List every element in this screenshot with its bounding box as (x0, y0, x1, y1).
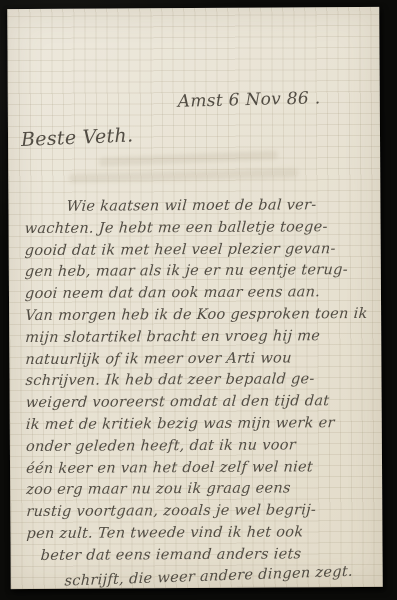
letter-line: rustig voortgaan, zooals je wel begrij- (26, 500, 371, 524)
letter-paper: Amst 6 Nov 86 . Beste Veth. Wie kaatsen … (7, 7, 383, 589)
scan-background: Amst 6 Nov 86 . Beste Veth. Wie kaatsen … (0, 0, 397, 600)
ink-showthrough (98, 150, 278, 166)
letter-line: weigerd vooreerst omdat al den tijd dat (25, 391, 370, 415)
letter-body: Wie kaatsen wil moet de bal ver- wachten… (24, 195, 370, 589)
letter-line: gen heb, maar als ik je er nu eentje ter… (24, 260, 369, 284)
letter-line: natuurlijk of ik meer over Arti wou (25, 348, 370, 372)
letter-line: Van morgen heb ik de Koo gesproken toen … (24, 304, 369, 328)
letter-line: ik met de kritiek bezig was mijn werk er (25, 413, 370, 437)
letter-line: wachten. Je hebt me een balletje toege- (24, 217, 369, 241)
letter-line: schrijven. Ik heb dat zeer bepaald ge- (25, 369, 370, 393)
letter-line: één keer en van het doel zelf wel niet (25, 456, 370, 480)
letter-line: gooid dat ik met heel veel plezier gevan… (24, 239, 369, 263)
letter-line: Wie kaatsen wil moet de bal ver- (24, 195, 369, 219)
letter-line: mijn slotartikel bracht en vroeg hij me (25, 326, 370, 350)
letter-line: onder geleden heeft, dat ik nu voor (25, 435, 370, 459)
letter-line: zoo erg maar nu zou ik graag eens (25, 478, 370, 502)
letter-line: pen zult. Ten tweede vind ik het ook (26, 522, 371, 546)
letter-line: gooi neem dat dan ook maar eens aan. (24, 282, 369, 306)
ink-showthrough (68, 168, 298, 182)
dateline: Amst 6 Nov 86 . (178, 87, 368, 111)
salutation: Beste Veth. (21, 124, 134, 151)
